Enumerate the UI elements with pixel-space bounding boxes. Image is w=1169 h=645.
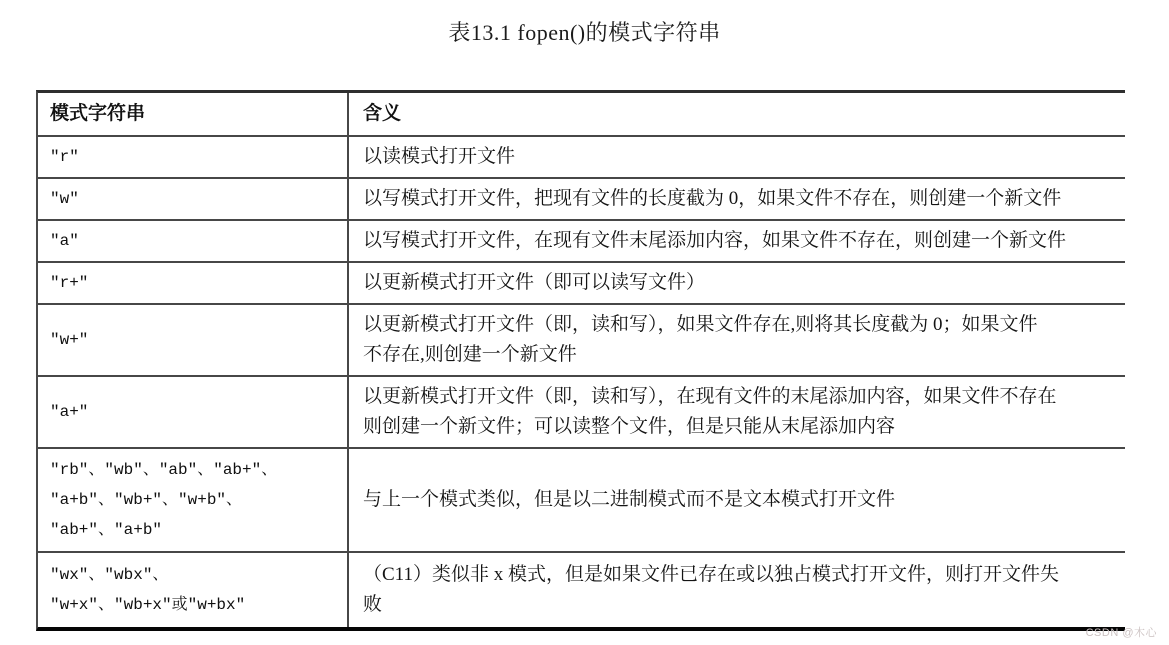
table-row: "r+"以更新模式打开文件（即可以读写文件） xyxy=(38,263,1125,305)
mode-line: "w+" xyxy=(50,325,339,355)
meaning-line: 以更新模式打开文件（即，读和写），在现有文件的末尾添加内容，如果文件不存在 xyxy=(363,382,1117,412)
header-mode-column: 模式字符串 xyxy=(38,93,349,135)
header-meaning-column: 含义 xyxy=(349,93,1125,135)
fopen-mode-table: 模式字符串 含义 "r"以读模式打开文件"w"以写模式打开文件，把现有文件的长度… xyxy=(36,90,1125,631)
meaning-cell: 以写模式打开文件，把现有文件的长度截为 0，如果文件不存在，则创建一个新文件 xyxy=(349,179,1125,219)
mode-cell: "a+" xyxy=(38,377,349,447)
watermark: CSDN @木心 xyxy=(1086,624,1157,640)
mode-line: "ab+"、"a+b" xyxy=(50,515,339,545)
mode-line: "rb"、"wb"、"ab"、"ab+"、 xyxy=(50,455,339,485)
mode-cell: "w" xyxy=(38,179,349,219)
table-row: "w+"以更新模式打开文件（即，读和写），如果文件存在,则将其长度截为 0；如果… xyxy=(38,305,1125,377)
meaning-cell: 以写模式打开文件，在现有文件末尾添加内容，如果文件不存在，则创建一个新文件 xyxy=(349,221,1125,261)
meaning-line: 不存在,则创建一个新文件 xyxy=(363,340,1117,370)
table-caption: 表13.1 fopen()的模式字符串 xyxy=(0,16,1169,47)
meaning-line: 以更新模式打开文件（即，读和写），如果文件存在,则将其长度截为 0；如果文件 xyxy=(363,310,1117,340)
table-row: "rb"、"wb"、"ab"、"ab+"、"a+b"、"wb+"、"w+b"、"… xyxy=(38,449,1125,553)
table-row: "a"以写模式打开文件，在现有文件末尾添加内容，如果文件不存在，则创建一个新文件 xyxy=(38,221,1125,263)
mode-cell: "w+" xyxy=(38,305,349,375)
table-row: "r"以读模式打开文件 xyxy=(38,137,1125,179)
table-row: "a+"以更新模式打开文件（即，读和写），在现有文件的末尾添加内容，如果文件不存… xyxy=(38,377,1125,449)
mode-line: "r" xyxy=(50,142,339,172)
meaning-cell: 以更新模式打开文件（即，读和写），如果文件存在,则将其长度截为 0；如果文件不存… xyxy=(349,305,1125,375)
table-body: "r"以读模式打开文件"w"以写模式打开文件，把现有文件的长度截为 0，如果文件… xyxy=(38,137,1125,627)
mode-line: "a+" xyxy=(50,397,339,427)
table-header-row: 模式字符串 含义 xyxy=(38,93,1125,137)
meaning-cell: 以更新模式打开文件（即可以读写文件） xyxy=(349,263,1125,303)
meaning-line: 败 xyxy=(363,590,1117,620)
mode-cell: "r" xyxy=(38,137,349,177)
meaning-line: 则创建一个新文件；可以读整个文件，但是只能从末尾添加内容 xyxy=(363,412,1117,442)
meaning-cell: （C11）类似非 x 模式，但是如果文件已存在或以独占模式打开文件，则打开文件失… xyxy=(349,553,1125,627)
meaning-cell: 以更新模式打开文件（即，读和写），在现有文件的末尾添加内容，如果文件不存在则创建… xyxy=(349,377,1125,447)
meaning-line: 以读模式打开文件 xyxy=(363,142,1117,172)
meaning-line: 与上一个模式类似，但是以二进制模式而不是文本模式打开文件 xyxy=(363,485,1117,515)
meaning-line: 以写模式打开文件，在现有文件末尾添加内容，如果文件不存在，则创建一个新文件 xyxy=(363,226,1117,256)
meaning-cell: 以读模式打开文件 xyxy=(349,137,1125,177)
mode-line: "a+b"、"wb+"、"w+b"、 xyxy=(50,485,339,515)
table-row: "w"以写模式打开文件，把现有文件的长度截为 0，如果文件不存在，则创建一个新文… xyxy=(38,179,1125,221)
table-row: "wx"、"wbx"、"w+x"、"wb+x"或"w+bx"（C11）类似非 x… xyxy=(38,553,1125,627)
mode-line: "w+x"、"wb+x"或"w+bx" xyxy=(50,590,339,620)
meaning-line: （C11）类似非 x 模式，但是如果文件已存在或以独占模式打开文件，则打开文件失 xyxy=(363,560,1117,590)
mode-line: "a" xyxy=(50,226,339,256)
mode-cell: "rb"、"wb"、"ab"、"ab+"、"a+b"、"wb+"、"w+b"、"… xyxy=(38,449,349,551)
meaning-line: 以更新模式打开文件（即可以读写文件） xyxy=(363,268,1117,298)
mode-line: "wx"、"wbx"、 xyxy=(50,560,339,590)
mode-line: "w" xyxy=(50,184,339,214)
mode-cell: "a" xyxy=(38,221,349,261)
mode-line: "r+" xyxy=(50,268,339,298)
meaning-line: 以写模式打开文件，把现有文件的长度截为 0，如果文件不存在，则创建一个新文件 xyxy=(363,184,1117,214)
mode-cell: "wx"、"wbx"、"w+x"、"wb+x"或"w+bx" xyxy=(38,553,349,627)
meaning-cell: 与上一个模式类似，但是以二进制模式而不是文本模式打开文件 xyxy=(349,449,1125,551)
mode-cell: "r+" xyxy=(38,263,349,303)
